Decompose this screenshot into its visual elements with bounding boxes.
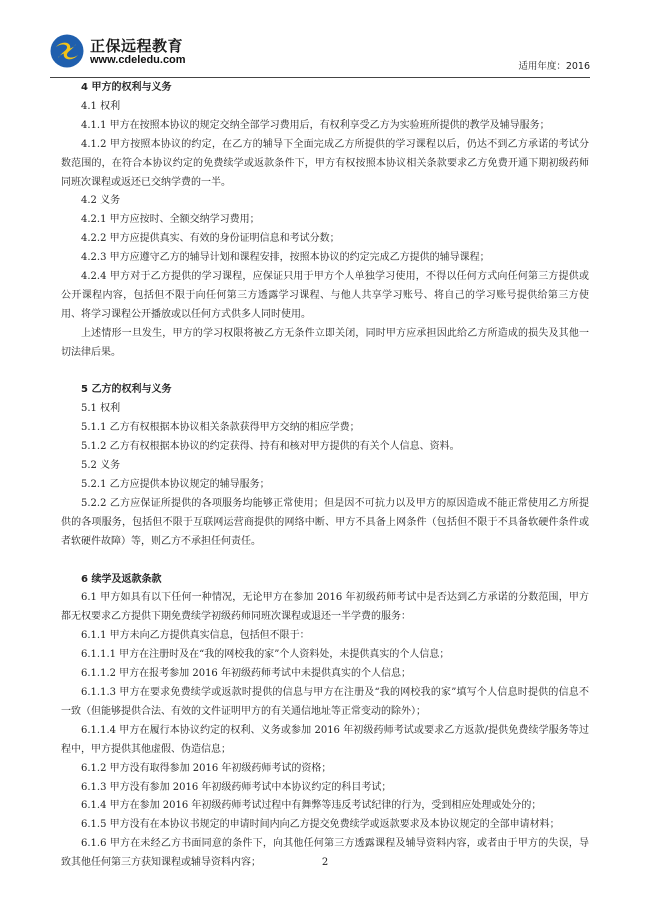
header-divider (50, 77, 590, 78)
paragraph: 6.1.5 甲方没有在本协议书规定的申请时间内向乙方提交免费续学或返款要求及本协… (61, 816, 589, 835)
paragraph: 6.1.1.3 甲方在要求免费续学或返款时提供的信息与甲方在注册及“我的网校我的… (61, 684, 589, 722)
paragraph: 4.2.2 甲方应提供真实、有效的身份证明信息和考试分数； (61, 230, 589, 249)
logo-icon (50, 34, 84, 68)
page-header: 正保远程教育 www.cdeledu.com 适用年度：2016 (50, 34, 590, 74)
applicable-year: 适用年度：2016 (518, 58, 590, 72)
paragraph: 6.1.3 甲方没有参加 2016 年初级药师考试中本协议约定的科目考试； (61, 779, 589, 798)
paragraph: 4.2.1 甲方应按时、全额交纳学习费用； (61, 211, 589, 230)
brand-name: 正保远程教育 (90, 35, 183, 56)
paragraph: 5.2.1 乙方应提供本协议规定的辅导服务； (61, 476, 589, 495)
section-heading: 6 续学及返款条款 (61, 571, 589, 590)
section-gap (61, 552, 589, 571)
paragraph: 5.2 义务 (61, 457, 589, 476)
paragraph: 6.1.2 甲方没有取得参加 2016 年初级药师考试的资格； (61, 760, 589, 779)
paragraph: 4.2 义务 (61, 192, 589, 211)
section-heading: 5 乙方的权利与义务 (61, 381, 589, 400)
section-heading: 4 甲方的权利与义务 (61, 79, 589, 98)
paragraph: 6.1.1.1 甲方在注册时及在“我的网校我的家”个人资料处，未提供真实的个人信… (61, 646, 589, 665)
document-body: 4 甲方的权利与义务 4.1 权利 4.1.1 甲方在按照本协议的规定交纳全部学… (61, 79, 589, 873)
paragraph: 4.2.4 甲方对于乙方提供的学习课程，应保证只用于甲方个人单独学习使用，不得以… (61, 268, 589, 325)
paragraph: 5.1.2 乙方有权根据本协议的约定获得、持有和核对甲方提供的有关个人信息、资料… (61, 438, 589, 457)
paragraph: 4.1 权利 (61, 98, 589, 117)
paragraph: 5.1 权利 (61, 400, 589, 419)
paragraph: 6.1.1.4 甲方在履行本协议约定的权利、义务或参加 2016 年初级药师考试… (61, 722, 589, 760)
paragraph: 5.1.1 乙方有权根据本协议相关条款获得甲方交纳的相应学费； (61, 419, 589, 438)
paragraph: 6.1.1.2 甲方在报考参加 2016 年初级药师考试中未提供真实的个人信息； (61, 665, 589, 684)
paragraph: 6.1 甲方如具有以下任何一种情况，无论甲方在参加 2016 年初级药师考试中是… (61, 589, 589, 627)
paragraph: 6.1.4 甲方在参加 2016 年初级药师考试过程中有舞弊等违反考试纪律的行为… (61, 797, 589, 816)
section-gap (61, 363, 589, 382)
paragraph: 6.1.1 甲方未向乙方提供真实信息，包括但不限于： (61, 627, 589, 646)
paragraph: 4.2.3 甲方应遵守乙方的辅导计划和课程安排，按照本协议的约定完成乙方提供的辅… (61, 249, 589, 268)
paragraph: 4.1.2 甲方按照本协议的约定，在乙方的辅导下全面完成乙方所提供的学习课程以后… (61, 136, 589, 193)
paragraph: 上述情形一旦发生，甲方的学习权限将被乙方无条件立即关闭，同时甲方应承担因此给乙方… (61, 325, 589, 363)
paragraph: 4.1.1 甲方在按照本协议的规定交纳全部学习费用后，有权利享受乙方为实验班所提… (61, 117, 589, 136)
paragraph: 5.2.2 乙方应保证所提供的各项服务均能够正常使用；但是因不可抗力以及甲方的原… (61, 495, 589, 552)
page-number: 2 (0, 857, 650, 868)
brand-url: www.cdeledu.com (90, 54, 186, 66)
